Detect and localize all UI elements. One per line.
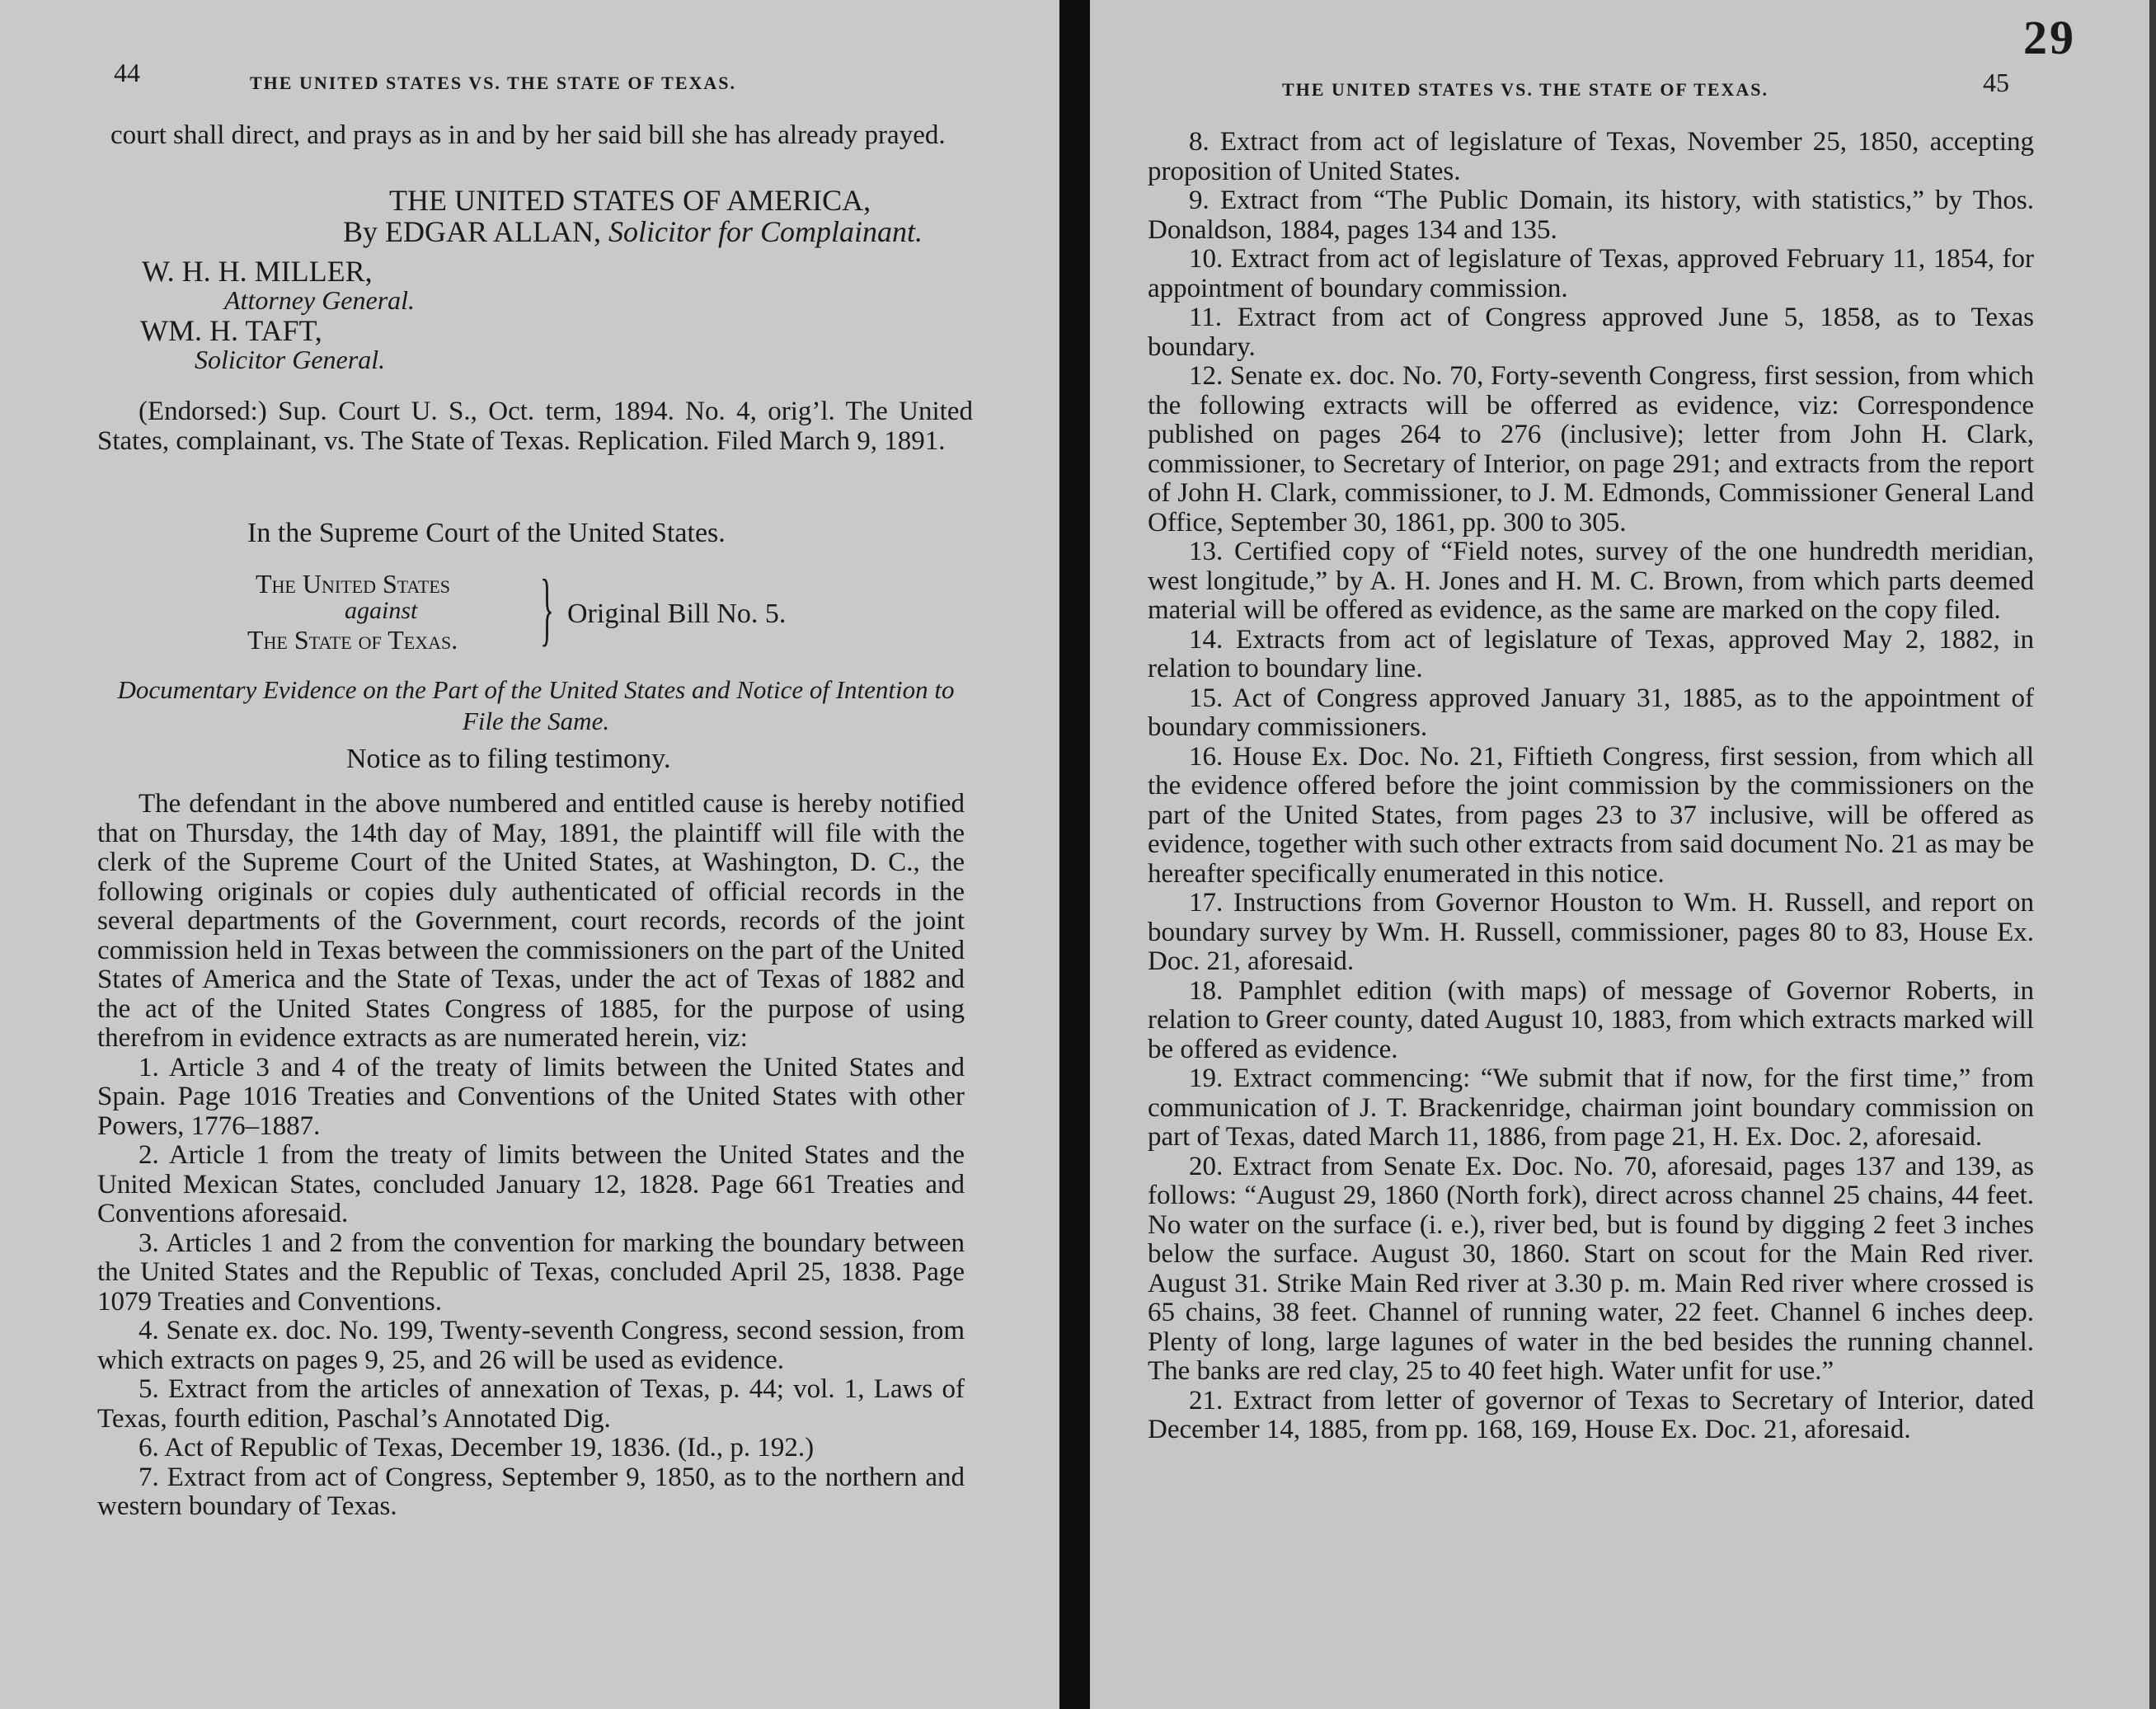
caption-party-1: The United States bbox=[256, 569, 450, 599]
signature-title: Solicitor for Complainant. bbox=[608, 215, 923, 248]
stamp-number: 29 bbox=[2023, 10, 2076, 65]
document-title: Documentary Evidence on the Part of the … bbox=[99, 674, 973, 737]
notice-heading: Notice as to filing testimony. bbox=[346, 744, 670, 775]
evidence-item: 18. Pamphlet edition (with maps) of mess… bbox=[1148, 977, 2034, 1065]
signature-line-1: THE UNITED STATES OF AMERICA, bbox=[389, 183, 871, 218]
document-title-text: Documentary Evidence on the Part of the … bbox=[99, 674, 973, 737]
evidence-item: 9. Extract from “The Public Domain, its … bbox=[1148, 186, 2034, 245]
signature-line-2: By EDGAR ALLAN, Solicitor for Complainan… bbox=[343, 214, 923, 249]
caption-party-2: The State of Texas. bbox=[247, 625, 458, 655]
evidence-item: 14. Extracts from act of legislature of … bbox=[1148, 626, 2034, 684]
evidence-item: 6. Act of Republic of Texas, December 19… bbox=[97, 1434, 965, 1463]
page-edge-shadow bbox=[2149, 0, 2156, 1709]
book-gutter bbox=[1059, 0, 1090, 1709]
evidence-item: 10. Extract from act of legislature of T… bbox=[1148, 245, 2034, 303]
counsel-2-title: Solicitor General. bbox=[195, 345, 385, 375]
caption-versus: against bbox=[345, 597, 417, 625]
counsel-2-name: WM. H. TAFT, bbox=[140, 313, 322, 348]
right-page: 29 THE UNITED STATES VS. THE STATE OF TE… bbox=[1090, 0, 2156, 1709]
opening-paragraph: court shall direct, and prays as in and … bbox=[110, 121, 976, 151]
evidence-item: 17. Instructions from Governor Houston t… bbox=[1148, 889, 2034, 977]
evidence-item: 8. Extract from act of legislature of Te… bbox=[1148, 128, 2034, 186]
endorsement-text: (Endorsed:) Sup. Court U. S., Oct. term,… bbox=[97, 397, 973, 456]
caption-bill: Original Bill No. 5. bbox=[567, 599, 786, 630]
court-heading: In the Supreme Court of the United State… bbox=[247, 518, 726, 549]
counsel-1-title: Attorney General. bbox=[224, 285, 415, 316]
evidence-item: 21. Extract from letter of governor of T… bbox=[1148, 1387, 2034, 1445]
endorsement: (Endorsed:) Sup. Court U. S., Oct. term,… bbox=[97, 397, 973, 456]
left-opening: court shall direct, and prays as in and … bbox=[110, 121, 976, 151]
left-page: 44 THE UNITED STATES VS. THE STATE OF TE… bbox=[0, 0, 1059, 1709]
left-running-head: THE UNITED STATES VS. THE STATE OF TEXAS… bbox=[250, 73, 736, 94]
evidence-item: 1. Article 3 and 4 of the treaty of limi… bbox=[97, 1054, 965, 1142]
evidence-item: 2. Article 1 from the treaty of limits b… bbox=[97, 1141, 965, 1229]
evidence-item: 15. Act of Congress approved January 31,… bbox=[1148, 684, 2034, 743]
left-folio: 44 bbox=[114, 58, 140, 88]
evidence-item: 20. Extract from Senate Ex. Doc. No. 70,… bbox=[1148, 1153, 2034, 1387]
notice-body: The defendant in the above numbered and … bbox=[97, 790, 965, 1054]
evidence-item: 3. Articles 1 and 2 from the convention … bbox=[97, 1229, 965, 1317]
evidence-item: 7. Extract from act of Congress, Septemb… bbox=[97, 1463, 965, 1522]
evidence-item: 12. Senate ex. doc. No. 70, Forty-sevent… bbox=[1148, 362, 2034, 538]
evidence-item: 4. Senate ex. doc. No. 199, Twenty-seven… bbox=[97, 1317, 965, 1375]
evidence-item: 13. Certified copy of “Field notes, surv… bbox=[1148, 538, 2034, 626]
counsel-1-name: W. H. H. MILLER, bbox=[142, 254, 373, 289]
evidence-item: 16. House Ex. Doc. No. 21, Fiftieth Cong… bbox=[1148, 743, 2034, 890]
right-folio: 45 bbox=[1983, 68, 2009, 98]
evidence-item: 19. Extract commencing: “We submit that … bbox=[1148, 1064, 2034, 1153]
left-body: The defendant in the above numbered and … bbox=[97, 790, 965, 1522]
caption-brace: } bbox=[540, 567, 554, 650]
right-running-head: THE UNITED STATES VS. THE STATE OF TEXAS… bbox=[1282, 79, 1768, 101]
evidence-item: 5. Extract from the articles of annexati… bbox=[97, 1375, 965, 1434]
evidence-item: 11. Extract from act of Congress approve… bbox=[1148, 303, 2034, 362]
right-body: 8. Extract from act of legislature of Te… bbox=[1148, 128, 2034, 1445]
signature-name: By EDGAR ALLAN, bbox=[343, 215, 601, 248]
